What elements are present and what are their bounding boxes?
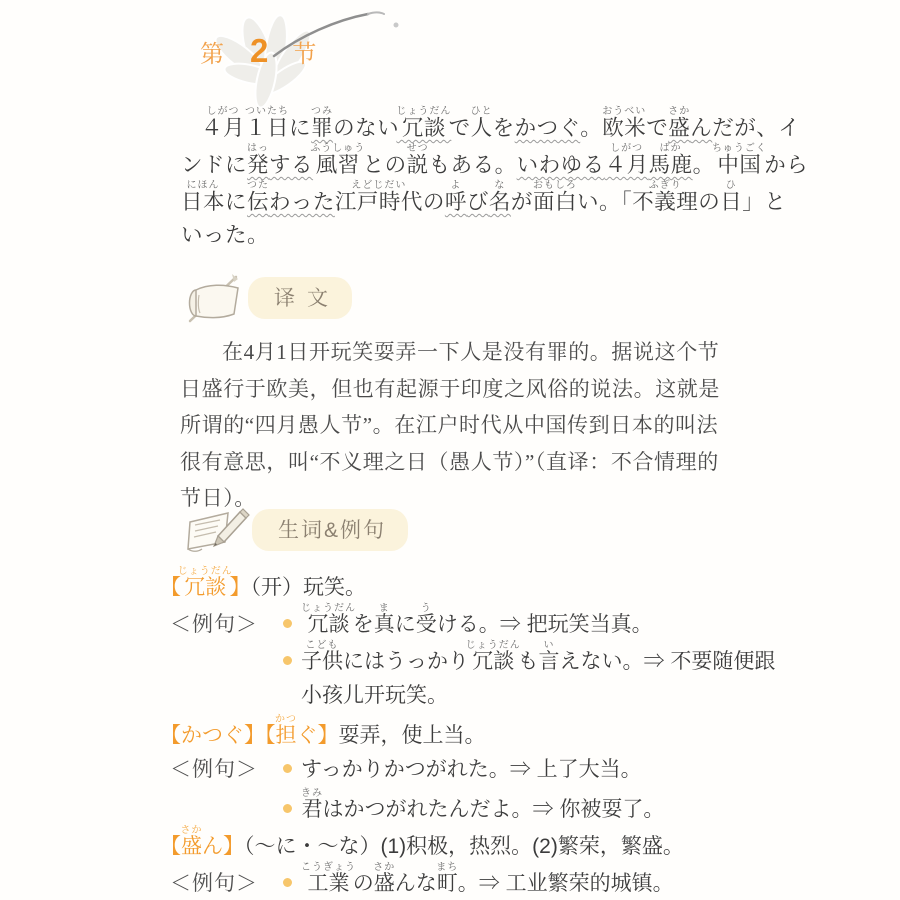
- section-header: 第 2 节: [188, 8, 418, 108]
- dot-bullet-icon: [283, 804, 292, 813]
- reading-line-3: 日本にほんに伝つたわった江戸時代えどじだいの呼よび名なが面白おもしろい。「不義理…: [181, 180, 729, 217]
- book-page: 第 2 节 ４月しがつ１日ついたちに罪つみのない冗談じょうだんで人ひとをかつぐ。…: [0, 0, 900, 900]
- reading-line-1: ４月しがつ１日ついたちに罪つみのない冗談じょうだんで人ひとをかつぐ。欧米おうべい…: [181, 106, 729, 143]
- vocab-headword: 【盛さかん】（～に・～な）(1)积极，热烈。(2)繁荣，繁盛。: [160, 825, 760, 862]
- dot-bullet-icon: [283, 764, 292, 773]
- vocab-example-row: 子供こどもにはうっかり冗談じょうだんも言いえない。⇒ 不要随便跟: [160, 640, 760, 677]
- dot-bullet-icon: [283, 619, 292, 628]
- section-number: 2: [250, 32, 268, 70]
- vocab-example-continuation: 小孩儿开玩笑。: [160, 677, 760, 714]
- vocab-example-row: ＜例句＞工業こうぎょうの盛さかんな町まち。⇒ 工业繁荣的城镇。: [160, 862, 760, 899]
- translation-marker-label: 译文: [248, 277, 352, 319]
- vocab-section-marker: 生词&例句: [184, 502, 408, 558]
- example-label: ＜例句＞: [170, 865, 268, 900]
- example-sentence: 君きみはかつがれたんだよ。⇒ 你被耍了。: [301, 798, 664, 821]
- reading-line-4: いった。: [181, 217, 729, 254]
- pencil-paper-icon: [184, 502, 250, 558]
- vocab-marker-label: 生词&例句: [252, 509, 408, 551]
- vocab-section: 【冗談じょうだん】（开）玩笑。 ＜例句＞冗談じょうだんを真まに受うける。⇒ 把玩…: [160, 566, 760, 899]
- section-title-suffix: 节: [292, 34, 318, 69]
- example-sentence: 小孩儿开玩笑。: [301, 684, 448, 707]
- dot-bullet-icon: [283, 656, 292, 665]
- reading-line-2: ンドに発はっする風習ふうしゅうとの説せつもある。いわゆる４月しがつ馬鹿ばか。中国…: [181, 143, 729, 180]
- vocab-headword: 【冗談じょうだん】（开）玩笑。: [160, 566, 760, 603]
- example-label: ＜例句＞: [170, 606, 268, 643]
- example-label: ＜例句＞: [170, 751, 268, 788]
- section-title: 第 2 节: [200, 32, 318, 70]
- example-sentence: 冗談じょうだんを真まに受うける。⇒ 把玩笑当真。: [301, 613, 653, 636]
- japanese-reading-paragraph: ４月しがつ１日ついたちに罪つみのない冗談じょうだんで人ひとをかつぐ。欧米おうべい…: [181, 106, 729, 254]
- vocab-example-row: ＜例句＞冗談じょうだんを真まに受うける。⇒ 把玩笑当真。: [160, 603, 760, 640]
- example-sentence: 工業こうぎょうの盛さかんな町まち。⇒ 工业繁荣的城镇。: [301, 872, 674, 895]
- vocab-example-row: 君きみはかつがれたんだよ。⇒ 你被耍了。: [160, 788, 760, 825]
- example-sentence: 子供こどもにはうっかり冗談じょうだんも言いえない。⇒ 不要随便跟: [301, 650, 775, 673]
- translation-paragraph: 在4月1日开玩笑耍弄一下人是没有罪的。据说这个节日盛行于欧美，但也有起源于印度之…: [180, 334, 730, 517]
- vocab-headword: 【かつぐ】【担かつぐ】耍弄，使上当。: [160, 714, 760, 751]
- scroll-icon: [184, 271, 246, 325]
- vocab-example-row: ＜例句＞すっかりかつがれた。⇒ 上了大当。: [160, 751, 760, 788]
- section-title-prefix: 第: [200, 34, 226, 69]
- example-sentence: すっかりかつがれた。⇒ 上了大当。: [301, 758, 642, 781]
- translation-section-marker: 译文: [184, 270, 352, 326]
- dot-bullet-icon: [283, 878, 292, 887]
